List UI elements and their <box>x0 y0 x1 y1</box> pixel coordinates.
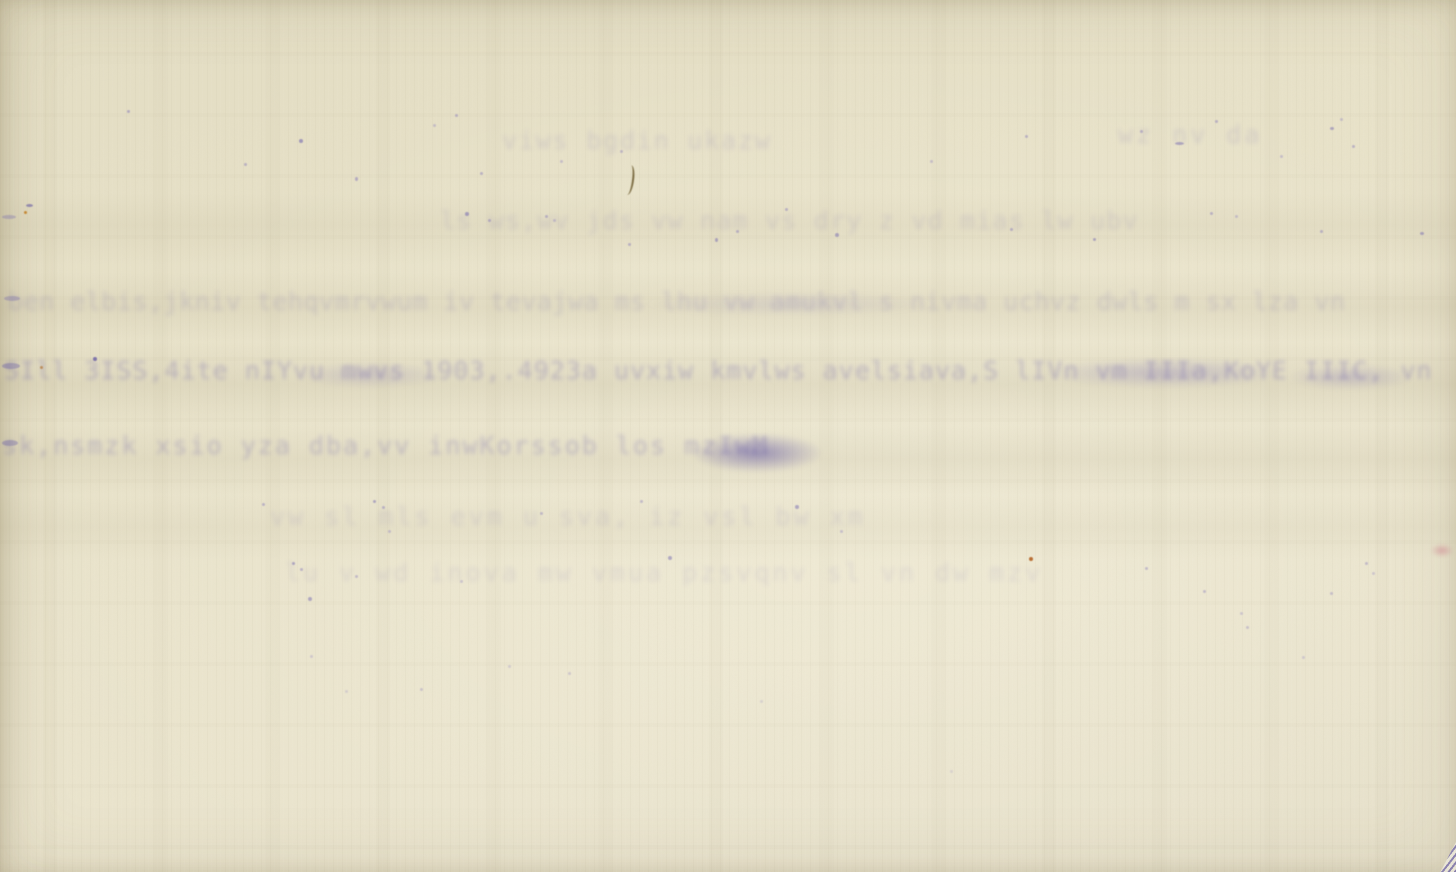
ink-speckle <box>785 208 788 211</box>
shading-band <box>0 193 1456 265</box>
corner-stripe-fragment <box>1439 842 1456 872</box>
ink-speckle <box>1203 590 1206 593</box>
ink-speckle <box>460 580 463 583</box>
vertical-scan-streaks <box>0 0 1456 872</box>
ink-speckle-layer <box>0 0 1456 872</box>
ink-speckle <box>1235 215 1238 218</box>
ink-speckle <box>568 672 571 675</box>
ink-speckle <box>1352 145 1355 148</box>
ink-speckle <box>930 160 933 163</box>
shading-band <box>0 494 1456 560</box>
ink-speckle <box>488 219 491 222</box>
ghost-text-line-3: ben elbis,jkniv tehqvmrvwum iv tevajwa m… <box>8 287 1345 316</box>
ink-speckle <box>1025 135 1028 138</box>
fiber-hair-artifact <box>620 164 635 195</box>
ink-speckle <box>480 172 483 175</box>
ink-smudge <box>298 362 443 388</box>
ink-speckle <box>540 512 543 515</box>
ink-speckle <box>1320 230 1323 233</box>
ink-speckle <box>508 665 511 668</box>
ink-speckle <box>1420 232 1424 235</box>
ink-speckle <box>835 233 839 237</box>
ink-speckle <box>1093 238 1096 241</box>
ink-speckle <box>2 363 20 369</box>
ink-speckle <box>736 230 739 233</box>
ink-speckle <box>24 211 27 214</box>
ink-speckle <box>355 575 358 578</box>
ink-speckle <box>1140 130 1143 133</box>
ink-speckle <box>262 503 265 506</box>
ink-speckle <box>433 124 436 127</box>
ink-speckle <box>1302 656 1305 659</box>
ink-speckle <box>26 204 33 207</box>
ink-speckle <box>40 366 43 369</box>
ghost-text-line-1a: viws bgdin ukazw <box>502 126 772 155</box>
ink-speckle <box>382 506 385 509</box>
ink-speckle <box>668 556 672 560</box>
ink-speckle <box>1210 212 1213 215</box>
ink-smudge <box>1288 364 1413 390</box>
ink-speckle <box>545 215 548 218</box>
ink-speckle <box>1246 626 1249 629</box>
ghost-text-line-1b: wz nv da <box>1118 120 1262 149</box>
ink-speckle <box>465 212 469 216</box>
ink-speckle <box>355 177 358 181</box>
ink-speckle <box>244 163 247 166</box>
ink-speckle <box>1330 592 1333 595</box>
ink-speckle <box>300 568 303 571</box>
ink-blot-dark <box>693 434 821 472</box>
ink-speckle <box>1240 612 1243 615</box>
ink-speckle <box>795 505 799 509</box>
ink-speckle <box>373 500 376 503</box>
shading-band <box>0 342 1456 426</box>
ink-speckle <box>127 110 130 113</box>
ink-smudge <box>1048 358 1283 388</box>
ink-speckle <box>1340 118 1343 121</box>
shading-band <box>0 272 1456 342</box>
ghost-text-line-6: vw sl mls evm u sva, iz vsl bw xm <box>270 502 866 531</box>
ink-speckle <box>1372 572 1375 575</box>
ink-speckle <box>1215 120 1218 123</box>
ghost-text-line-5: sk,nsmzk xsio yza dba,vv inwKorssob los … <box>2 431 769 460</box>
ink-speckle <box>760 700 763 703</box>
horizontal-scan-streaks <box>0 0 1456 872</box>
ink-speckle <box>1145 567 1148 570</box>
ink-speckle <box>455 114 458 117</box>
ink-speckle <box>299 139 303 143</box>
ink-speckle <box>1010 228 1013 231</box>
ink-speckle <box>1330 127 1334 130</box>
ink-speckle <box>2 215 16 219</box>
paper-grain-texture <box>0 0 1456 872</box>
ink-speckle <box>1175 142 1184 145</box>
ink-speckle <box>1365 562 1368 565</box>
ink-smudge <box>640 292 940 316</box>
ink-speckle <box>420 688 423 691</box>
pink-edge-mark <box>1431 544 1453 557</box>
scanned-paper-sheet: viws bgdin ukazw wz nv da ls ws,wv jds v… <box>0 0 1456 872</box>
ink-speckle <box>4 296 20 301</box>
ink-speckle <box>93 357 97 361</box>
ink-speckle <box>950 770 953 773</box>
ghost-text-line-2: ls ws,wv jds vw nam vs dry z vd mias lw … <box>440 206 1139 235</box>
ink-speckle <box>2 440 18 446</box>
ghost-text-line-7: lu v wd inova mw vmua pzsvqnv sl vn dw m… <box>285 558 1043 587</box>
ink-speckle <box>345 690 348 693</box>
ink-speckle <box>310 655 313 658</box>
ink-speckle <box>715 238 718 242</box>
ink-speckle <box>1280 155 1283 158</box>
ink-speckle <box>292 562 295 565</box>
ink-speckle <box>620 150 623 153</box>
ink-speckle <box>1029 557 1033 561</box>
ink-speckle <box>640 500 643 503</box>
ghost-text-line-4: SIll 3ISS,4ite nIYvu mwvs 1903,.4923a uv… <box>4 356 1433 385</box>
ink-speckle <box>308 597 312 601</box>
ink-speckle <box>840 530 843 533</box>
ink-speckle <box>553 219 556 222</box>
ink-speckle <box>388 530 391 533</box>
shading-band <box>0 422 1456 496</box>
ink-speckle <box>560 160 563 163</box>
ink-speckle <box>628 243 631 246</box>
